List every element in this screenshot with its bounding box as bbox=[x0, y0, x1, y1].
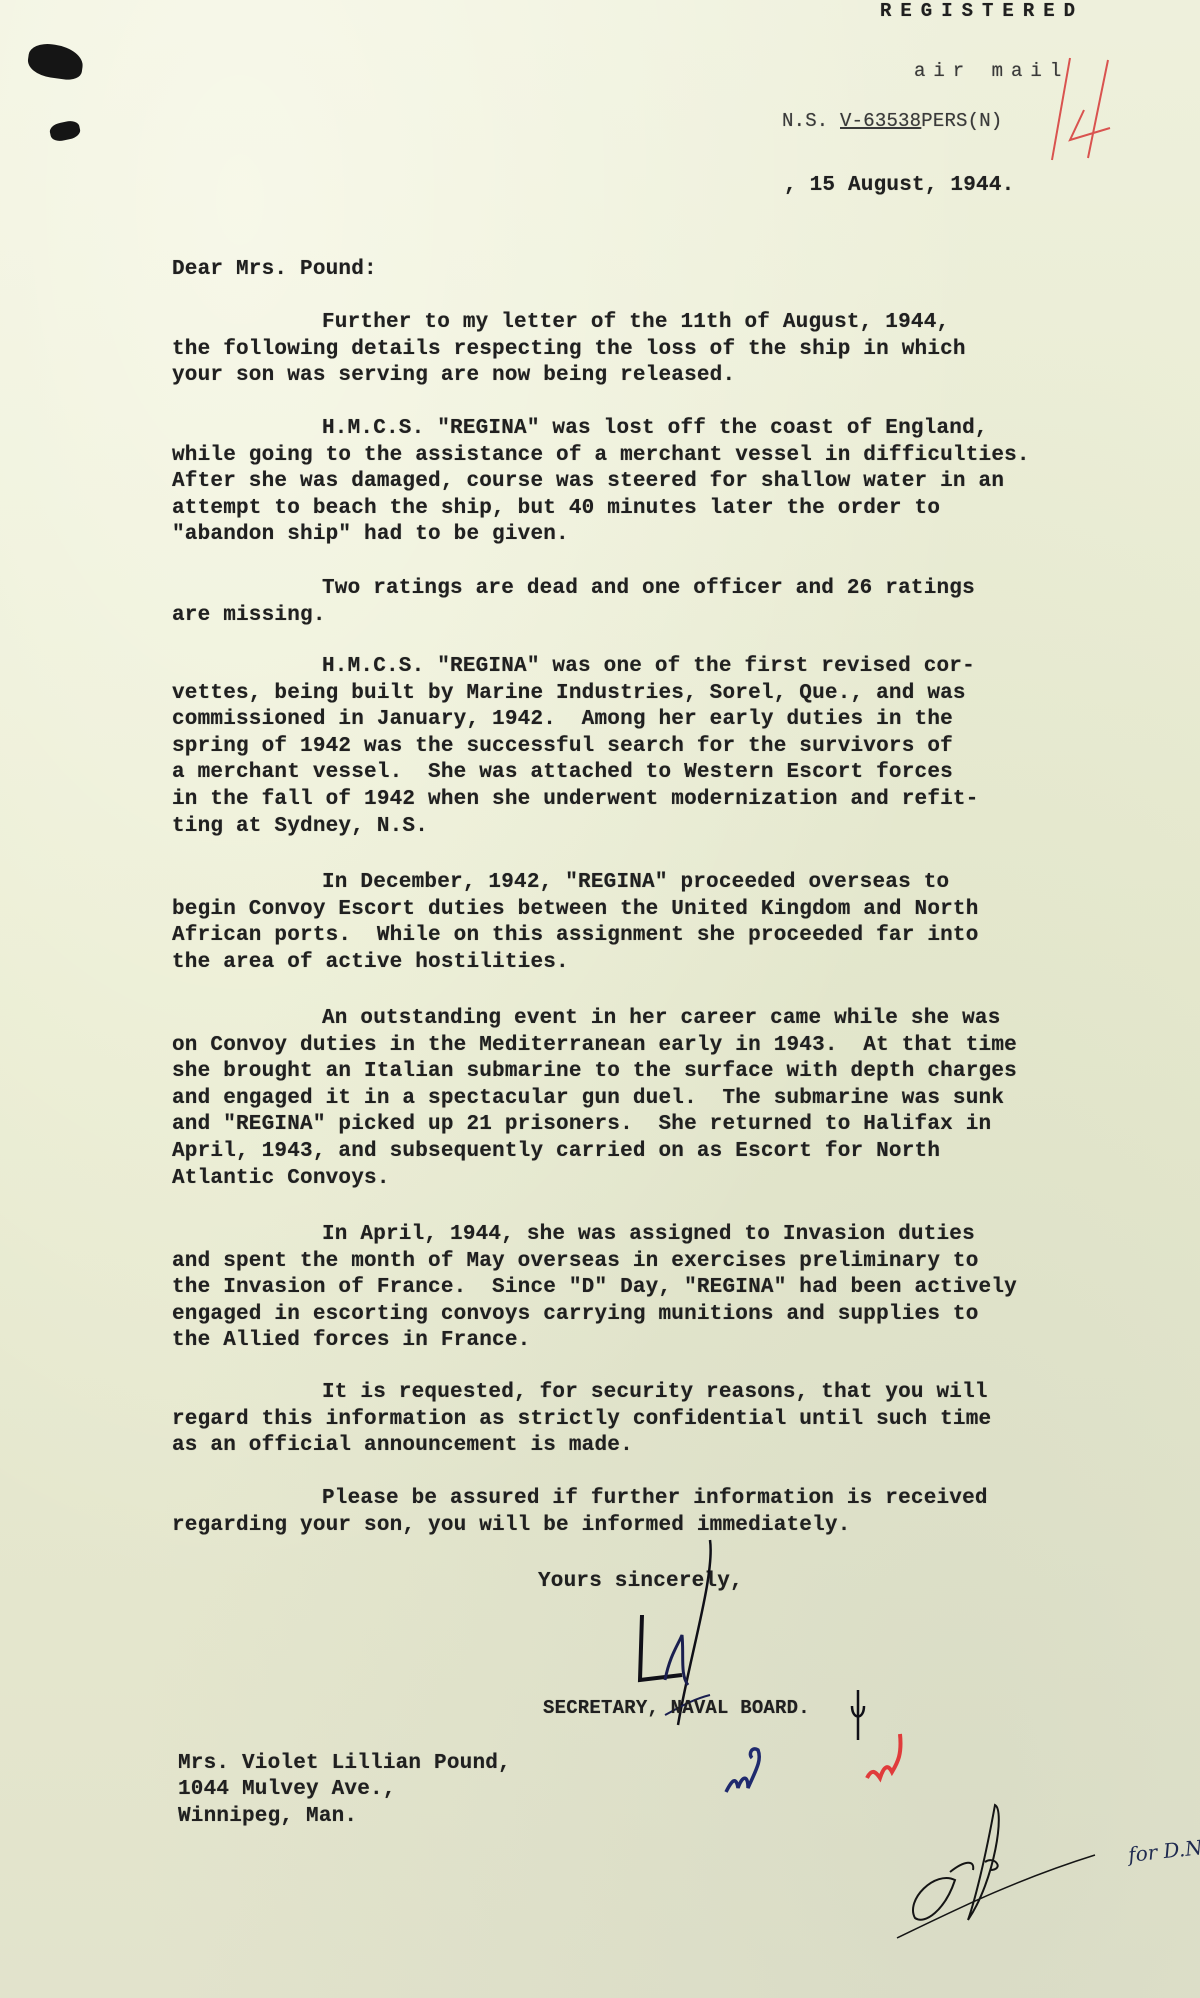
paragraph-line: H.M.C.S. "REGINA" was lost off the coast… bbox=[172, 416, 1092, 443]
paragraph-line: the following details respecting the los… bbox=[172, 337, 1092, 364]
recipient-name: Mrs. Violet Lillian Pound, bbox=[178, 1752, 511, 1775]
recipient-street: 1044 Mulvey Ave., bbox=[178, 1778, 396, 1801]
file-ref-prefix: N.S. bbox=[782, 110, 828, 132]
dni-signature bbox=[895, 1800, 1155, 1950]
letter-date: , 15 August, 1944. bbox=[784, 174, 1014, 197]
paragraph-line: your son was serving are now being relea… bbox=[172, 363, 1092, 390]
paragraph-line: After she was damaged, course was steere… bbox=[172, 469, 1092, 496]
paragraph-line: the area of active hostilities. bbox=[172, 950, 1092, 977]
paragraph-line: and "REGINA" picked up 21 prisoners. She… bbox=[172, 1112, 1092, 1139]
paragraph-line: while going to the assistance of a merch… bbox=[172, 443, 1092, 470]
red-mark bbox=[862, 1728, 912, 1788]
paragraph-line: In April, 1944, she was assigned to Inva… bbox=[172, 1222, 1092, 1249]
paragraph-line: African ports. While on this assignment … bbox=[172, 923, 1092, 950]
paragraph-line: Please be assured if further information… bbox=[172, 1486, 1092, 1513]
paragraph-8: It is requested, for security reasons, t… bbox=[172, 1380, 1092, 1460]
file-reference: N.S. V-63538PERS(N) bbox=[782, 110, 1002, 132]
paragraph-line: vettes, being built by Marine Industries… bbox=[172, 681, 1092, 708]
paragraph-5: In December, 1942, "REGINA" proceeded ov… bbox=[172, 870, 1092, 976]
paragraph-line: commissioned in January, 1942. Among her… bbox=[172, 707, 1092, 734]
paragraph-2: H.M.C.S. "REGINA" was lost off the coast… bbox=[172, 416, 1092, 549]
paragraph-line: April, 1943, and subsequently carried on… bbox=[172, 1139, 1092, 1166]
paragraph-line: attempt to beach the ship, but 40 minute… bbox=[172, 496, 1092, 523]
paragraph-line: engaged in escorting convoys carrying mu… bbox=[172, 1302, 1092, 1329]
paragraph-line: the Invasion of France. Since "D" Day, "… bbox=[172, 1275, 1092, 1302]
blue-initials bbox=[722, 1740, 772, 1800]
handwritten-page-number bbox=[1040, 50, 1120, 170]
paragraph-line: as an official announcement is made. bbox=[172, 1433, 1092, 1460]
paragraph-line: on Convoy duties in the Mediterranean ea… bbox=[172, 1033, 1092, 1060]
salutation: Dear Mrs. Pound: bbox=[172, 258, 377, 281]
paragraph-line: the Allied forces in France. bbox=[172, 1328, 1092, 1355]
paragraph-line: she brought an Italian submarine to the … bbox=[172, 1059, 1092, 1086]
paragraph-line: a merchant vessel. She was attached to W… bbox=[172, 760, 1092, 787]
file-ref-number: V-63538 bbox=[840, 110, 921, 132]
paragraph-1: Further to my letter of the 11th of Augu… bbox=[172, 310, 1092, 390]
paragraph-line: begin Convoy Escort duties between the U… bbox=[172, 897, 1092, 924]
punch-hole-top bbox=[26, 41, 85, 81]
paragraph-line: in the fall of 1942 when she underwent m… bbox=[172, 787, 1092, 814]
paragraph-line: and spent the month of May overseas in e… bbox=[172, 1249, 1092, 1276]
paragraph-line: and engaged it in a spectacular gun duel… bbox=[172, 1086, 1092, 1113]
paragraph-line: Atlantic Convoys. bbox=[172, 1166, 1092, 1193]
paragraph-9: Please be assured if further information… bbox=[172, 1486, 1092, 1539]
paragraph-6: An outstanding event in her career came … bbox=[172, 1006, 1092, 1192]
recipient-city: Winnipeg, Man. bbox=[178, 1805, 357, 1828]
paragraph-line: It is requested, for security reasons, t… bbox=[172, 1380, 1092, 1407]
paragraph-line: Two ratings are dead and one officer and… bbox=[172, 576, 1092, 603]
punch-hole-bottom bbox=[48, 119, 81, 143]
paragraph-line: are missing. bbox=[172, 603, 1092, 630]
file-ref-suffix: PERS(N) bbox=[921, 110, 1002, 132]
signatory-title: SECRETARY, NAVAL BOARD. bbox=[543, 1697, 810, 1719]
paragraph-7: In April, 1944, she was assigned to Inva… bbox=[172, 1222, 1092, 1355]
paragraph-line: spring of 1942 was the successful search… bbox=[172, 734, 1092, 761]
paragraph-line: In December, 1942, "REGINA" proceeded ov… bbox=[172, 870, 1092, 897]
paragraph-line: H.M.C.S. "REGINA" was one of the first r… bbox=[172, 654, 1092, 681]
paragraph-line: regard this information as strictly conf… bbox=[172, 1407, 1092, 1434]
paragraph-line: "abandon ship" had to be given. bbox=[172, 522, 1092, 549]
paragraph-line: An outstanding event in her career came … bbox=[172, 1006, 1092, 1033]
registered-stamp: REGISTERED bbox=[880, 0, 1084, 22]
paragraph-3: Two ratings are dead and one officer and… bbox=[172, 576, 1092, 629]
paragraph-4: H.M.C.S. "REGINA" was one of the first r… bbox=[172, 654, 1092, 840]
paragraph-line: ting at Sydney, N.S. bbox=[172, 814, 1092, 841]
paragraph-line: Further to my letter of the 11th of Augu… bbox=[172, 310, 1092, 337]
